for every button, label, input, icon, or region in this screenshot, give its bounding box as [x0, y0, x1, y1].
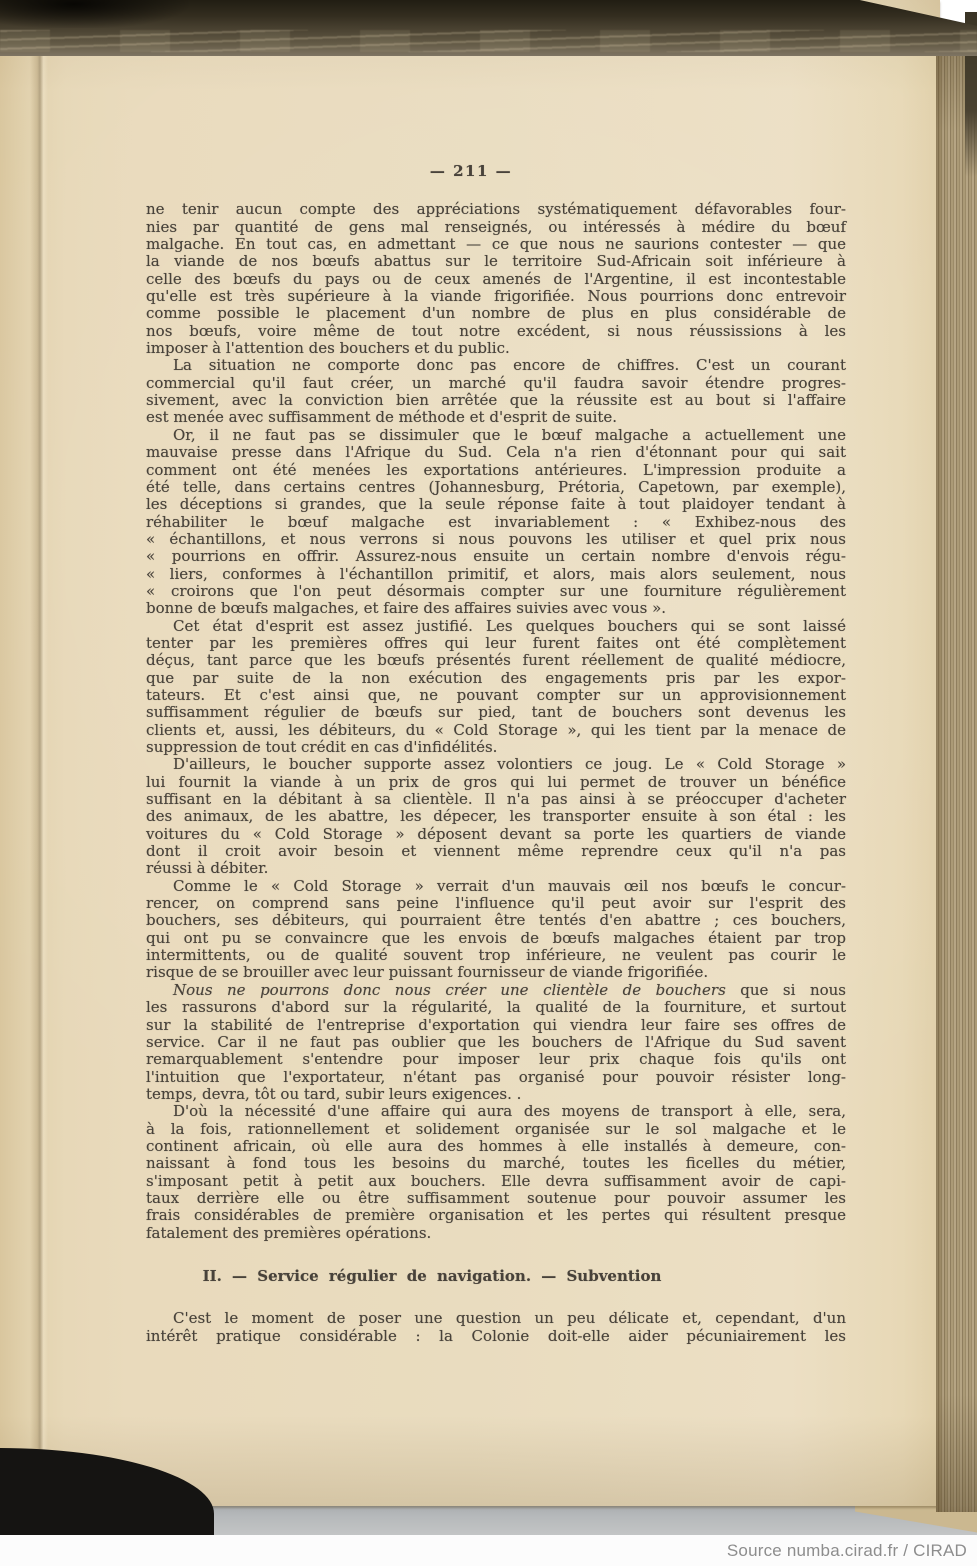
text-line: dont il croit avoir besoin et viennent m… — [146, 843, 846, 860]
text-line: Comme le « Cold Storage » verrait d'un m… — [146, 878, 846, 895]
source-bar: Source numba.cirad.fr / CIRAD — [0, 1535, 977, 1566]
text-line: comment ont été menées les exportations … — [146, 462, 846, 479]
book-page: — 211 — ne tenir aucun compte des appréc… — [0, 0, 940, 1506]
text-line: déçus, tant parce que les bœufs présenté… — [146, 652, 846, 669]
text-line: mauvaise presse dans l'Afrique du Sud. C… — [146, 444, 846, 461]
book-scan-photo: — 211 — ne tenir aucun compte des appréc… — [0, 0, 977, 1566]
paragraph: D'où la nécessité d'une affaire qui aura… — [146, 1103, 846, 1242]
text-line: rencer, on comprend sans peine l'influen… — [146, 895, 846, 912]
text-line: réhabiliter le bœuf malgache est invaria… — [146, 514, 846, 531]
text-line: remarquablement s'entendre pour imposer … — [146, 1051, 846, 1068]
text-line: « croirons que l'on peut désormais compt… — [146, 583, 846, 600]
text-line: « liers, conformes à l'échantillon primi… — [146, 566, 846, 583]
text-line: l'intuition que l'exportateur, n'étant p… — [146, 1069, 846, 1086]
text-line: continent africain, où elle aura des hom… — [146, 1138, 846, 1155]
text-line: suffisant en la débitant à sa clientèle.… — [146, 791, 846, 808]
text-line: les rassurons d'abord sur la régularité,… — [146, 999, 846, 1016]
paragraph: La situation ne comporte donc pas encore… — [146, 357, 846, 426]
book-top-edge — [0, 0, 977, 56]
text-line: D'où la nécessité d'une affaire qui aura… — [146, 1103, 846, 1120]
text-line: été telle, dans certains centres (Johann… — [146, 479, 846, 496]
text-line: lui fournit la viande à un prix de gros … — [146, 774, 846, 791]
text-line: Cet état d'esprit est assez justifié. Le… — [146, 618, 846, 635]
text-line: ne tenir aucun compte des appréciations … — [146, 201, 846, 218]
text-line: sur la stabilité de l'entreprise d'expor… — [146, 1017, 846, 1034]
text-line: sivement, avec la conviction bien arrêté… — [146, 392, 846, 409]
text-line: frais considérables de première organisa… — [146, 1207, 846, 1224]
text-line: commercial qu'il faut créer, un marché q… — [146, 375, 846, 392]
text-line: service. Car il ne faut pas oublier que … — [146, 1034, 846, 1051]
text-line: malgache. En tout cas, en admettant — ce… — [146, 236, 846, 253]
paragraph: Cet état d'esprit est assez justifié. Le… — [146, 618, 846, 757]
text-line: temps, devra, tôt ou tard, subir leurs e… — [146, 1086, 846, 1103]
text-line: comme possible le placement d'un nombre … — [146, 305, 846, 322]
text-line: voitures du « Cold Storage » déposent de… — [146, 826, 846, 843]
text-line: D'ailleurs, le boucher supporte assez vo… — [146, 756, 846, 773]
text-line: Or, il ne faut pas se dissimuler que le … — [146, 427, 846, 444]
text-line: qui ont pu se convaincre que les envois … — [146, 930, 846, 947]
text-line: La situation ne comporte donc pas encore… — [146, 357, 846, 374]
text-column: — 211 — ne tenir aucun compte des appréc… — [146, 163, 846, 1345]
gutter-crease — [30, 50, 48, 1500]
text-line: « échantillons, et nous verrons si nous … — [146, 531, 846, 548]
page-number: — 211 — — [146, 163, 846, 180]
text-line: réussi à débiter. — [146, 860, 846, 877]
text-line: les déceptions si grandes, que la seule … — [146, 496, 846, 513]
text-line: fatalement des premières opérations. — [146, 1225, 846, 1242]
text-line: nos bœufs, voire même de tout notre excé… — [146, 323, 846, 340]
text-line: suffisamment régulier de bœufs sur pied,… — [146, 704, 846, 721]
text-line: taux derrière elle ou être suffisamment … — [146, 1190, 846, 1207]
text-line: celle des bœufs du pays ou de ceux amené… — [146, 271, 846, 288]
text-line: des animaux, de les abattre, les dépecer… — [146, 808, 846, 825]
text-line: suppression de tout crédit en cas d'infi… — [146, 739, 846, 756]
text-segment: que si nous — [726, 981, 846, 999]
section-heading: II. — Service régulier de navigation. — … — [146, 1268, 846, 1285]
paragraph: ne tenir aucun compte des appréciations … — [146, 201, 846, 357]
source-text: Source numba.cirad.fr / CIRAD — [727, 1541, 967, 1561]
page-fore-edge-stack — [936, 44, 977, 1512]
text-line: que par suite de la non exécution des en… — [146, 670, 846, 687]
text-line: est menée avec suffisamment de méthode e… — [146, 409, 846, 426]
text-line: bonne de bœufs malgaches, et faire des a… — [146, 600, 846, 617]
text-line: imposer à l'attention des bouchers et du… — [146, 340, 846, 357]
paragraph: D'ailleurs, le boucher supporte assez vo… — [146, 756, 846, 877]
text-line: C'est le moment de poser une question un… — [146, 1310, 846, 1327]
paragraph: C'est le moment de poser une question un… — [146, 1310, 846, 1345]
paragraph: Or, il ne faut pas se dissimuler que le … — [146, 427, 846, 618]
text-line: tenter par les premières offres qui leur… — [146, 635, 846, 652]
text-line: qu'elle est très supérieure à la viande … — [146, 288, 846, 305]
italic-text: Nous ne pourrons donc nous créer une cli… — [173, 981, 726, 999]
text-line: s'imposant petit à petit aux bouchers. E… — [146, 1173, 846, 1190]
text-line: à la fois, rationnellement et solidement… — [146, 1121, 846, 1138]
text-line: intermittents, ou de qualité souvent tro… — [146, 947, 846, 964]
text-line: naissant à fond tous les besoins du marc… — [146, 1155, 846, 1172]
paragraph: Comme le « Cold Storage » verrait d'un m… — [146, 878, 846, 982]
text-line: clients et, aussi, les débiteurs, du « C… — [146, 722, 846, 739]
text-line: bouchers, ses débiteurs, qui pourraient … — [146, 912, 846, 929]
text-line: intérêt pratique considérable : la Colon… — [146, 1328, 846, 1345]
text-line: Nous ne pourrons donc nous créer une cli… — [146, 982, 846, 999]
text-line: risque de se brouiller avec leur puissan… — [146, 964, 846, 981]
paragraph: Nous ne pourrons donc nous créer une cli… — [146, 982, 846, 1103]
text-line: la viande de nos bœufs abattus sur le te… — [146, 253, 846, 270]
text-line: tateurs. Et c'est ainsi que, ne pouvant … — [146, 687, 846, 704]
text-line: nies par quantité de gens mal renseignés… — [146, 219, 846, 236]
text-line: « pourrions en offrir. Assurez-nous ensu… — [146, 548, 846, 565]
